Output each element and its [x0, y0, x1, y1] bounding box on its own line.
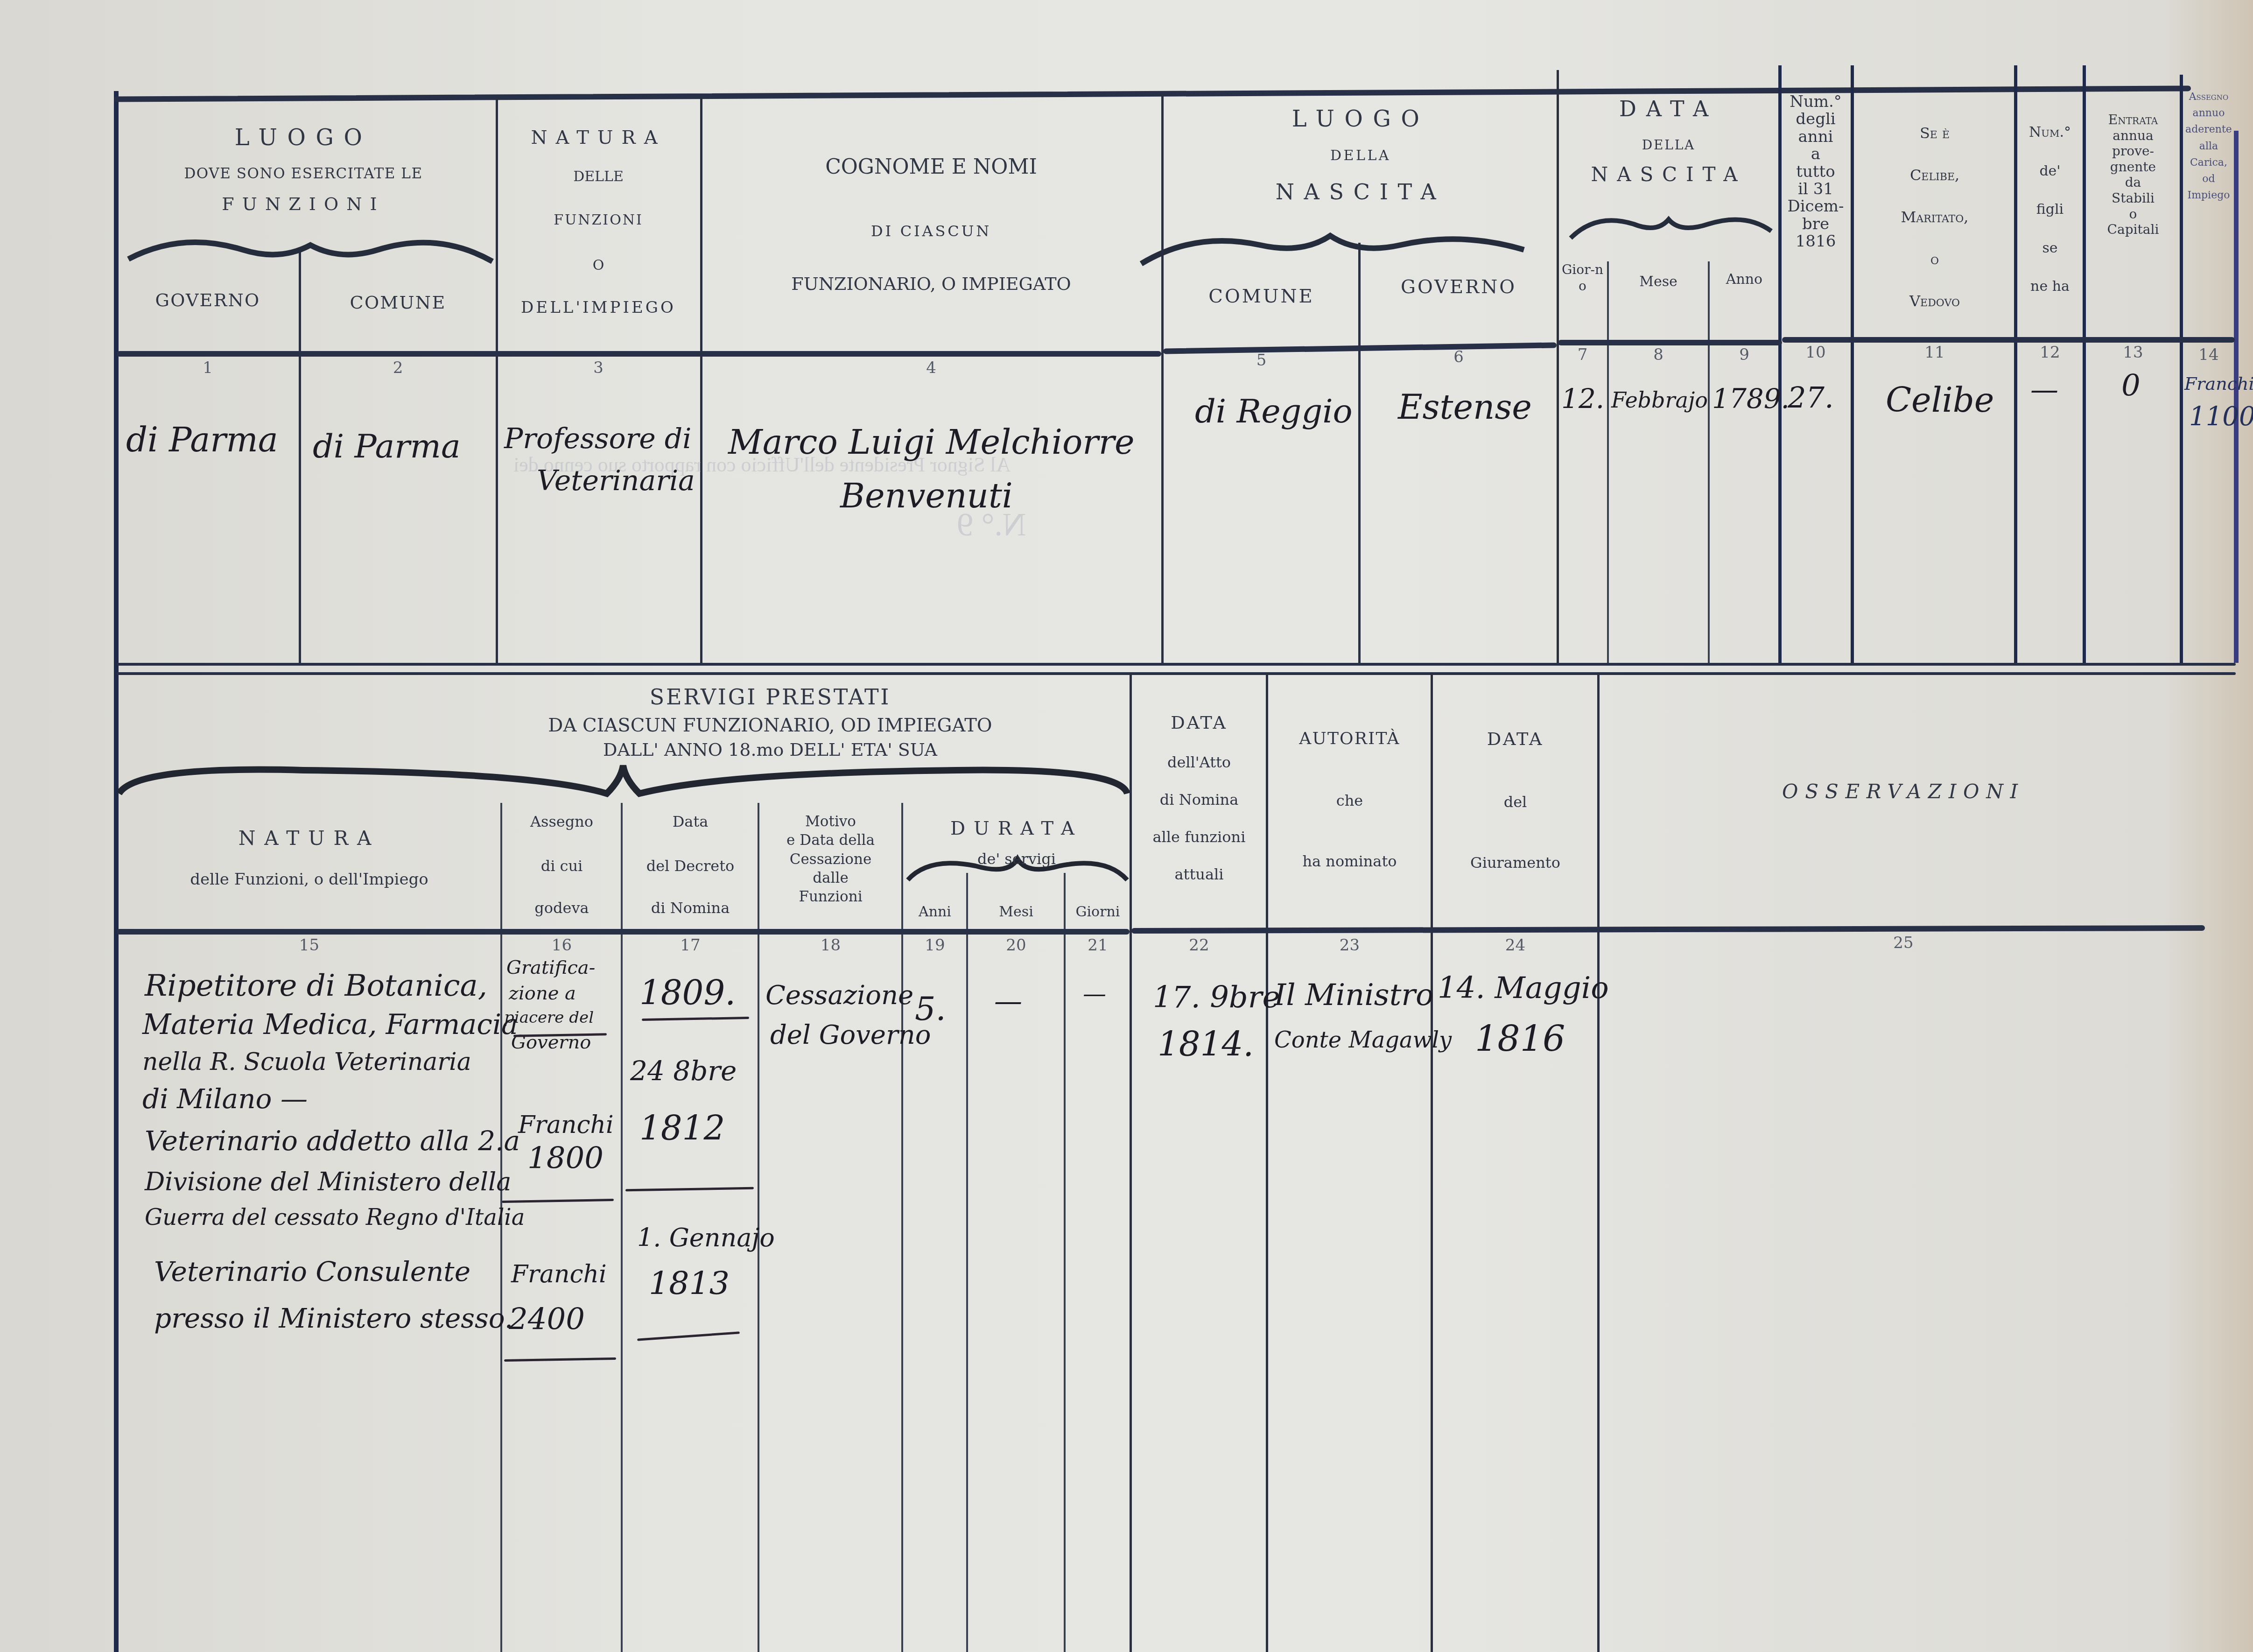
rule	[117, 929, 1130, 935]
cell-stato-civile: Celibe	[1886, 380, 1994, 420]
section-line: DA CIASCUN FUNZIONARIO, OD IMPIEGATO	[467, 714, 1074, 737]
cell-mese: Febbrajo	[1611, 387, 1708, 413]
rule	[2180, 75, 2183, 663]
rule	[117, 672, 2236, 675]
header-line: DURATA	[904, 817, 1130, 840]
header-luogo-nascita: LUOGO DELLA NASCITA	[1165, 105, 1557, 205]
rule	[1708, 261, 1710, 663]
column-number: 6	[1361, 348, 1557, 366]
entry-separator	[642, 1017, 749, 1021]
header-assegno: Assegno di cui godeva	[503, 812, 621, 917]
brace-data-nascita	[1568, 210, 1774, 243]
rule	[966, 873, 968, 1652]
entry-natura-line: di Milano —	[142, 1083, 308, 1115]
entry-natura-line: nella R. Scuola Veterinaria	[142, 1048, 471, 1076]
cell-governo: di Parma	[126, 420, 278, 459]
entry-separator	[502, 1199, 614, 1203]
column-number: 14	[2183, 345, 2234, 364]
header-data-nascita: DATA DELLA NASCITA	[1559, 96, 1778, 187]
column-number: 15	[119, 936, 499, 955]
rule	[1131, 925, 2205, 934]
header-line: aderente	[2183, 121, 2234, 138]
header-luogo-title: LUOGO	[117, 124, 490, 152]
rule	[2083, 65, 2086, 663]
header-line: FUNZIONARIO, O IMPIEGATO	[702, 273, 1160, 295]
header-line: Assegno	[503, 812, 621, 831]
header-line: di cui	[503, 857, 621, 875]
header-autorita: AUTORITÀ che ha nominato	[1269, 728, 1431, 871]
cell-assegno-line2: 1100	[2189, 401, 2253, 432]
header-line: Se è	[1855, 124, 2014, 142]
cell-governo-nascita: Estense	[1398, 387, 1532, 427]
header-line: Celibe,	[1855, 166, 2014, 184]
header-comune: COMUNE	[301, 292, 495, 314]
header-line: Carica,	[2183, 155, 2234, 171]
entry-data-decreto: 1809.	[639, 973, 736, 1012]
rule	[1558, 340, 1782, 345]
header-mese: Mese	[1609, 273, 1707, 291]
header-line: od	[2183, 171, 2234, 187]
header-line: Cessazione	[760, 850, 901, 869]
column-number: 7	[1558, 345, 1607, 364]
header-line: Entrata	[2086, 112, 2180, 128]
brace-luogo-nascita	[1139, 224, 1526, 266]
header-line: e Data della	[760, 831, 901, 850]
cell-durata-mesi: —	[994, 985, 1022, 1018]
header-data-decreto: Data del Decreto di Nomina	[623, 812, 758, 917]
entry-natura-line: Veterinario addetto alla 2.a	[145, 1125, 520, 1157]
header-line: del	[1433, 793, 1597, 811]
column-number: 8	[1609, 345, 1707, 364]
header-line: Impiego	[2183, 187, 2234, 204]
header-stato-civile: Se è Celibe, Maritato, o Vedovo	[1855, 124, 2014, 310]
header-num-figli: Num.° de' figli se ne ha	[2017, 124, 2083, 295]
header-num-anni: Num.° degli anni a tutto il 31 Dicem- br…	[1781, 93, 1851, 251]
section-line: DALL' ANNO 18.mo DELL' ETA' SUA	[467, 739, 1074, 761]
cell-motivo-line2: del Governo	[770, 1020, 931, 1050]
entry-separator	[625, 1187, 754, 1192]
column-number: 17	[623, 936, 758, 955]
left-border	[114, 91, 119, 1652]
brace-servigi	[117, 761, 1130, 803]
column-number: 25	[1600, 934, 2207, 952]
header-line: Vedovo	[1855, 292, 2014, 310]
entry-assegno-line: zione a	[509, 983, 576, 1004]
header-line: se	[2017, 239, 2083, 257]
cell-assegno-line1: Franchi	[2184, 373, 2253, 394]
cell-data-atto-line2: 1814.	[1158, 1025, 1254, 1064]
header-natura: NATURA DELLE FUNZIONI O DELL'IMPIEGO	[498, 126, 699, 317]
entry-natura-line: Guerra del cessato Regno d'Italia	[145, 1204, 525, 1230]
section-line: SERVIGI PRESTATI	[467, 684, 1074, 711]
header-data-giuramento: DATA del Giuramento	[1433, 728, 1597, 872]
header-line: Assegno	[2183, 89, 2234, 105]
header-governo: GOVERNO	[117, 289, 299, 312]
header-line: FUNZIONI	[498, 211, 699, 229]
rule	[1597, 672, 1600, 1652]
brace-luogo	[126, 231, 495, 264]
rule	[1064, 873, 1066, 1652]
entry-assegno-line: Franchi	[518, 1111, 614, 1139]
header-line: Data	[623, 812, 758, 831]
header-giorno: Gior-no	[1558, 261, 1607, 294]
column-number: 1	[117, 359, 299, 377]
header-line: DELLA	[1559, 137, 1778, 153]
column-number: 11	[1855, 343, 2014, 362]
header-line: o	[1855, 250, 2014, 268]
header-giorni: Giorni	[1066, 903, 1130, 921]
entry-assegno-line: 1800	[527, 1141, 604, 1176]
rule	[1782, 337, 2235, 343]
header-line: di Nomina	[623, 899, 758, 917]
header-line: figli	[2017, 201, 2083, 218]
cell-autorita-line1: Il Ministro	[1274, 978, 1433, 1012]
header-line: DATA	[1433, 728, 1597, 751]
entry-assegno-line: 2400	[509, 1302, 585, 1337]
column-number: 12	[2017, 343, 2083, 362]
section-servigi-prestati: SERVIGI PRESTATI DA CIASCUN FUNZIONARIO,…	[467, 684, 1074, 761]
header-motivo-cessazione: Motivo e Data della Cessazione dalle Fun…	[760, 812, 901, 906]
header-line: del Decreto	[623, 857, 758, 875]
header-comune-nascita: COMUNE	[1165, 285, 1358, 308]
column-number: 16	[503, 936, 621, 955]
entry-assegno-line: Franchi	[511, 1260, 607, 1288]
entry-separator	[504, 1357, 616, 1362]
header-line: Num.°	[1781, 93, 1851, 111]
header-line: tutto	[1781, 163, 1851, 181]
header-line: AUTORITÀ	[1269, 728, 1431, 749]
entry-data-decreto-line: 1. Gennajo	[637, 1223, 775, 1252]
entry-data-decreto-line: 24 8bre	[630, 1055, 737, 1087]
header-line: godeva	[503, 899, 621, 917]
header-line: Num.°	[2017, 124, 2083, 141]
rule	[1607, 261, 1609, 663]
header-line: LUOGO	[1165, 105, 1557, 133]
column-number: 19	[904, 936, 966, 955]
entry-assegno-line: Gratifica-	[506, 957, 595, 978]
cell-durata-anni: 5.	[915, 990, 946, 1028]
header-line: NASCITA	[1559, 162, 1778, 187]
header-line: Maritato,	[1855, 208, 2014, 226]
cell-durata-giorni: —	[1083, 980, 1106, 1007]
cell-comune: di Parma	[313, 427, 461, 465]
header-luogo-sub2: FUNZIONI	[117, 193, 490, 216]
header-line: anni	[1781, 128, 1851, 146]
header-natura-funzioni: NATURA delle Funzioni, o dell'Impiego	[119, 826, 499, 889]
header-assegno-annuo: Assegno annuo aderente alla Carica, od I…	[2183, 89, 2234, 204]
header-line: ne ha	[2017, 278, 2083, 295]
rule	[2014, 65, 2017, 663]
entry-data-decreto-line: 1813	[649, 1265, 730, 1302]
header-line: o	[2086, 206, 2180, 222]
header-line: 1816	[1781, 233, 1851, 250]
header-line: Stabili	[2086, 190, 2180, 206]
entry-separator	[637, 1331, 740, 1341]
header-luogo-sub: DOVE SONO ESERCITATE LE	[117, 165, 490, 183]
header-line: NASCITA	[1165, 179, 1557, 206]
header-line: DI CIASCUN	[702, 222, 1160, 240]
header-line: NATURA	[498, 126, 699, 149]
header-line: Funzioni	[760, 887, 901, 906]
header-data-atto: DATA dell'Atto di Nomina alle funzioni a…	[1132, 712, 1266, 884]
column-number: 21	[1066, 936, 1130, 955]
header-line: gnente	[2086, 159, 2180, 175]
header-governo-nascita: GOVERNO	[1361, 275, 1557, 299]
cell-natura-line2: Veterinaria	[537, 464, 695, 497]
entry-natura-line: Ripetitore di Botanica,	[145, 969, 487, 1003]
column-number: 24	[1433, 936, 1597, 955]
entry-natura-line: Materia Medica, Farmacia	[142, 1008, 518, 1041]
header-line: dell'Atto	[1132, 753, 1266, 772]
column-number: 4	[702, 359, 1160, 377]
header-line: de' servigi	[904, 850, 1130, 868]
column-number: 5	[1165, 351, 1358, 370]
header-line: DELL'IMPIEGO	[498, 298, 699, 318]
header-line: prove-	[2086, 143, 2180, 159]
rule	[117, 351, 1161, 357]
header-line: attuali	[1132, 865, 1266, 884]
header-line: DELLE	[498, 168, 699, 186]
cell-nome-line1: Marco Luigi Melchiorre	[728, 422, 1135, 462]
rule	[1851, 65, 1854, 663]
entry-natura-line: Divisione del Ministero della	[145, 1167, 511, 1196]
header-anno: Anno	[1710, 271, 1778, 288]
header-line: dalle	[760, 869, 901, 887]
entry-natura-line: presso il Ministero stesso.	[154, 1302, 513, 1334]
header-line: O	[498, 257, 699, 274]
column-number: 18	[760, 936, 901, 955]
cell-figli: —	[2030, 373, 2058, 406]
right-border	[2234, 131, 2239, 663]
rule	[117, 663, 2236, 666]
header-line: che	[1269, 791, 1431, 810]
rule	[1161, 93, 1164, 663]
header-osservazioni: OSSERVAZIONI	[1600, 780, 2207, 804]
column-number: 10	[1781, 343, 1851, 362]
header-line: COGNOME E NOMI	[702, 154, 1160, 180]
entry-natura-line: Veterinario Consulente	[154, 1256, 470, 1287]
header-line: il 31	[1781, 181, 1851, 198]
entry-assegno-line: piacere del	[504, 1008, 594, 1027]
cell-entrata: 0	[2121, 369, 2141, 403]
header-line: Capitali	[2086, 222, 2180, 238]
cell-natura-line1: Professore di	[504, 422, 691, 455]
top-border	[114, 85, 2191, 102]
rule	[1431, 672, 1433, 1652]
column-number: 20	[969, 936, 1064, 955]
header-line: da	[2086, 175, 2180, 190]
header-line: bre	[1781, 216, 1851, 233]
cell-anno: 1789.	[1712, 383, 1790, 415]
column-number: 9	[1710, 345, 1778, 364]
cell-giuramento-line1: 14. Maggio	[1438, 971, 1609, 1005]
header-line: Motivo	[760, 812, 901, 831]
header-line: annuo	[2183, 105, 2234, 121]
header-line: DELLA	[1165, 147, 1557, 165]
column-number: 22	[1132, 936, 1266, 955]
header-line: DATA	[1559, 96, 1778, 123]
header-entrata: Entrata annua prove- gnente da Stabili o…	[2086, 112, 2180, 238]
cell-giorno: 12.	[1561, 383, 1604, 415]
cell-motivo-line1: Cessazione	[765, 980, 913, 1011]
header-line: Dicem-	[1781, 198, 1851, 215]
header-line: alla	[2183, 138, 2234, 155]
header-luogo: LUOGO DOVE SONO ESERCITATE LE FUNZIONI	[117, 124, 490, 215]
header-line: DATA	[1132, 712, 1266, 734]
header-mesi: Mesi	[969, 903, 1064, 921]
rule	[1266, 672, 1268, 1652]
cell-giuramento-line2: 1816	[1475, 1018, 1565, 1059]
header-line: di Nomina	[1132, 790, 1266, 809]
cell-data-atto-line1: 17. 9bre	[1153, 980, 1280, 1015]
header-line: annua	[2086, 128, 2180, 144]
header-cognome-nomi: COGNOME E NOMI DI CIASCUN FUNZIONARIO, O…	[702, 154, 1160, 295]
cell-autorita-line2: Conte Magawly	[1274, 1027, 1452, 1053]
column-number: 23	[1269, 936, 1431, 955]
column-number: 13	[2086, 343, 2180, 362]
rule	[1130, 672, 1132, 1652]
header-line: delle Funzioni, o dell'Impiego	[119, 870, 499, 890]
cell-nome-line2: Benvenuti	[840, 476, 1013, 515]
header-line: de'	[2017, 162, 2083, 180]
header-anni: Anni	[904, 903, 966, 921]
header-line: alle funzioni	[1132, 828, 1266, 846]
header-durata: DURATA de' servigi	[904, 817, 1130, 868]
column-number: 3	[498, 359, 699, 377]
cell-comune-nascita: di Reggio	[1195, 392, 1353, 430]
header-line: NATURA	[119, 826, 499, 851]
rule	[1358, 243, 1361, 663]
entry-data-decreto-line: 1812	[639, 1109, 725, 1148]
header-line: ha nominato	[1269, 852, 1431, 871]
header-line: Giuramento	[1433, 853, 1597, 872]
header-line: a	[1781, 146, 1851, 163]
column-number: 2	[301, 359, 495, 377]
header-line: degli	[1781, 111, 1851, 128]
cell-eta: 27.	[1788, 380, 1834, 415]
